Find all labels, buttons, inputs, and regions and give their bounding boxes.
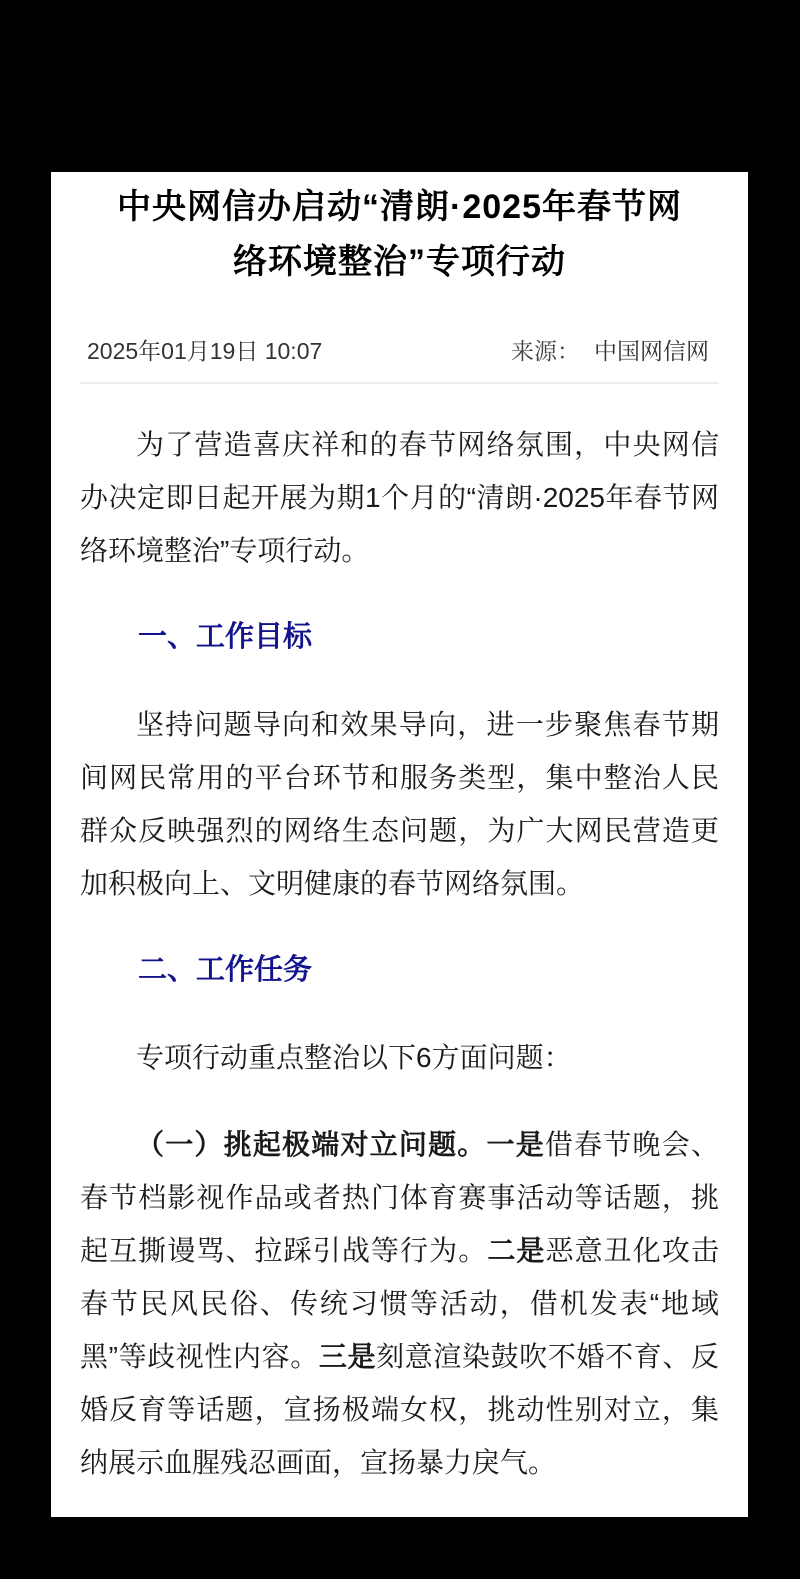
task-1-point-2-label: 二是	[487, 1235, 545, 1266]
source-name: 中国网信网	[594, 338, 709, 364]
paragraph-task-1: （一）挑起极端对立问题。一是借春节晚会、春节档影视作品或者热门体育赛事活动等话题…	[80, 1118, 719, 1489]
publish-date: 2025年01月19日 10:07	[87, 336, 322, 366]
section-heading-tasks: 二、工作任务	[80, 944, 719, 997]
article-title: 中央网信办启动“清朗·2025年春节网络环境整治”专项行动	[114, 180, 686, 290]
paragraph-tasks-lead: 专项行动重点整治以下6方面问题：	[80, 1031, 719, 1084]
task-1-point-3-label: 三是	[319, 1341, 376, 1372]
paragraph-intro: 为了营造喜庆祥和的春节网络氛围，中央网信办决定即日起开展为期1个月的“清朗·20…	[80, 418, 719, 577]
page-background: 中央网信办启动“清朗·2025年春节网络环境整治”专项行动 2025年01月19…	[0, 0, 800, 1579]
task-1-label: （一）挑起极端对立问题。	[136, 1129, 487, 1160]
section-heading-goals: 一、工作目标	[80, 611, 719, 664]
article-source: 来源：中国网信网	[511, 336, 709, 366]
source-label: 来源：	[511, 338, 580, 364]
article-meta: 2025年01月19日 10:07 来源：中国网信网	[80, 336, 719, 366]
task-1-point-1-label: 一是	[487, 1129, 545, 1160]
article-panel: 中央网信办启动“清朗·2025年春节网络环境整治”专项行动 2025年01月19…	[51, 172, 748, 1517]
paragraph-goals: 坚持问题导向和效果导向，进一步聚焦春节期间网民常用的平台环节和服务类型，集中整治…	[80, 698, 719, 910]
meta-divider	[80, 382, 719, 384]
